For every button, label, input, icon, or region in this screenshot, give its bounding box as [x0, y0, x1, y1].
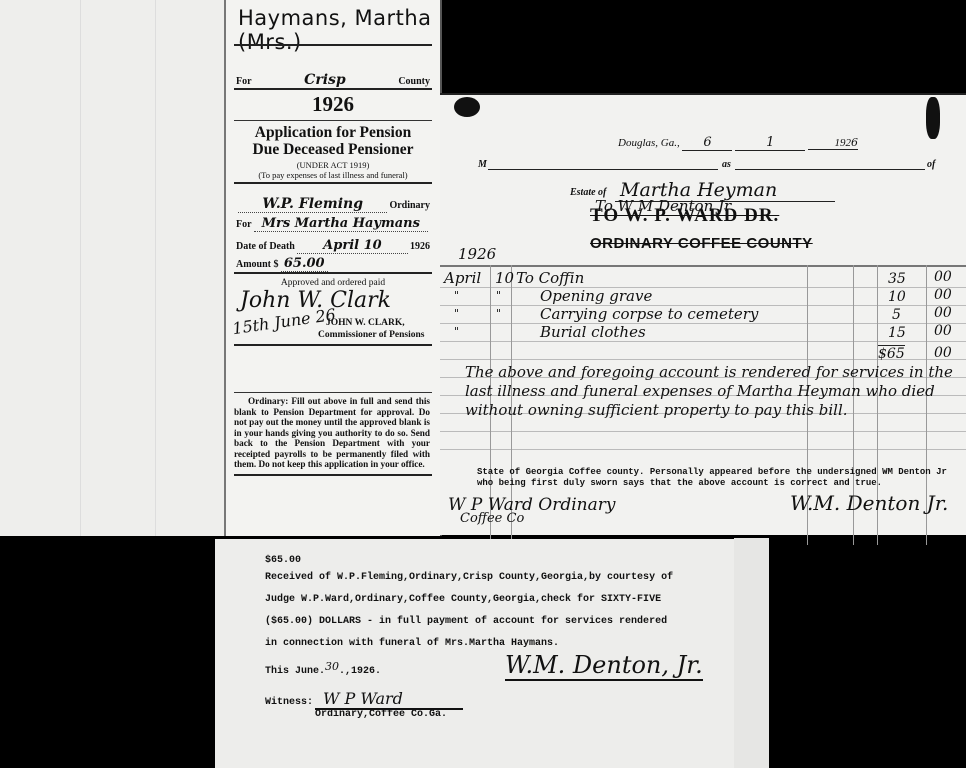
receipt-line-2: Judge W.P.Ward,Ordinary,Coffee County,Ge…	[265, 594, 661, 605]
as-line	[735, 169, 925, 170]
ledger-year: 1926	[458, 245, 496, 263]
amount-row: Amount $ 65.00	[236, 256, 330, 272]
amount-label: Amount $	[236, 259, 279, 270]
date-day: 1	[735, 135, 805, 151]
of-label: of	[927, 159, 935, 170]
divider	[234, 182, 432, 184]
act-label: (UNDER ACT 1919)	[226, 160, 440, 170]
total-dollars: $65	[878, 345, 905, 362]
date-of-death-label: Date of Death	[236, 241, 295, 252]
divider	[234, 120, 432, 121]
as-label: as	[722, 159, 731, 170]
receipt-date-prefix: This June.	[265, 666, 325, 677]
witness-label: Witness:	[265, 697, 313, 708]
item-dollars: 15	[888, 325, 906, 341]
name-line	[488, 169, 718, 170]
item-dollars: 35	[888, 271, 906, 287]
ledger-line	[440, 287, 966, 288]
total-cents: 00	[934, 345, 952, 361]
item-cents: 00	[934, 287, 952, 303]
ledger-line	[440, 449, 966, 450]
m-label: M	[478, 159, 487, 170]
commissioner-name: JOHN W. CLARK,	[326, 318, 405, 328]
date-of-death-row: Date of Death April 10 1926	[236, 238, 430, 254]
ordinary-label: Ordinary	[389, 200, 430, 211]
ledger-table: April 10 To Coffin 35 00 " " Opening gra…	[440, 265, 966, 455]
amount-value: 65.00	[281, 256, 328, 272]
ward-signature-title: Coffee Co	[460, 511, 524, 526]
for-label: For	[236, 76, 252, 87]
pension-application-form: Haymans, Martha (Mrs.) For Crisp County …	[224, 0, 442, 536]
title-line-1: Application for Pension	[226, 124, 440, 141]
divider	[234, 88, 432, 90]
county-row: For Crisp County	[236, 72, 430, 89]
form-title: Application for Pension Due Deceased Pen…	[226, 124, 440, 158]
item-month: "	[454, 289, 459, 302]
item-desc: Opening grave	[540, 287, 652, 305]
divider	[234, 392, 432, 393]
divider	[234, 344, 432, 346]
item-cents: 00	[934, 323, 952, 339]
form-year: 1926	[226, 92, 440, 117]
receipt-amount: $65.00	[265, 555, 301, 566]
applicant-name-header: Haymans, Martha (Mrs.)	[238, 6, 440, 54]
ledger-line	[440, 341, 966, 342]
witness-title: Ordinary,Coffee Co.Ga.	[315, 709, 447, 720]
item-month: "	[454, 325, 459, 338]
bill-date-line: Douglas, Ga., 6 1 1926	[618, 135, 858, 151]
for-person-value: Mrs Martha Haymans	[254, 216, 428, 232]
county-value: Crisp	[254, 72, 397, 89]
item-dollars: 5	[892, 307, 901, 323]
receipt-line-1: Received of W.P.Fleming,Ordinary,Crisp C…	[265, 572, 673, 583]
ordinary-row: W.P. Fleming Ordinary	[236, 196, 430, 213]
county-label: County	[398, 76, 430, 87]
item-desc: Carrying corpse to cemetery	[540, 305, 758, 323]
receipt-date-day: 30	[325, 660, 339, 673]
ordinary-instructions: Ordinary: Fill out above in full and sen…	[234, 396, 430, 470]
date-month: 6	[682, 135, 732, 151]
witness-signature: W P Ward	[315, 689, 463, 710]
ordinary-coffee-county-struck: ORDINARY COFFEE COUNTY	[590, 235, 813, 252]
purpose-label: (To pay expenses of last illness and fun…	[226, 170, 440, 180]
place-label: Douglas, Ga.,	[618, 137, 680, 149]
funeral-account-bill: Douglas, Ga., 6 1 1926 M as of Estate of…	[440, 93, 966, 535]
item-month: "	[454, 307, 459, 320]
receipt-date-suffix: .,1926.	[339, 666, 381, 677]
item-dollars: 10	[888, 289, 906, 305]
item-month: April	[444, 269, 481, 287]
commissioner-title: Commissioner of Pensions	[318, 330, 424, 340]
receipt-line-4: in connection with funeral of Mrs.Martha…	[265, 638, 559, 649]
receipt-date: This June.30.,1926.	[265, 660, 381, 677]
denton-signature: W.M. Denton Jr.	[790, 491, 948, 515]
divider	[234, 272, 432, 274]
for-person-label: For	[236, 219, 252, 230]
to-printed-struck: TO W. P. WARD DR.	[590, 205, 779, 227]
date-of-death-value: April 10	[297, 238, 408, 254]
for-person-row: For Mrs Martha Haymans	[236, 216, 430, 232]
date-year-prefix: 192	[834, 137, 851, 149]
divider	[234, 44, 432, 46]
approved-label: Approved and ordered paid	[226, 278, 440, 288]
item-cents: 00	[934, 269, 952, 285]
item-desc: Burial clothes	[540, 323, 646, 341]
ledger-line	[440, 431, 966, 432]
ordinary-value: W.P. Fleming	[238, 196, 387, 213]
item-day: "	[496, 289, 501, 302]
title-line-2: Due Deceased Pensioner	[226, 141, 440, 158]
fold-crease	[155, 0, 156, 536]
sworn-oath: State of Georgia Coffee county. Personal…	[477, 467, 947, 489]
receipt-signature: W.M. Denton, Jr.	[505, 651, 703, 681]
date-year-suffix: 6	[851, 136, 858, 149]
divider	[234, 474, 432, 476]
ink-blot	[926, 97, 940, 139]
fold-crease	[80, 0, 81, 536]
item-cents: 00	[934, 305, 952, 321]
payment-receipt: $65.00 Received of W.P.Fleming,Ordinary,…	[215, 539, 734, 768]
item-day: "	[496, 307, 501, 320]
account-statement: The above and foregoing account is rende…	[465, 363, 960, 420]
receipt-line-3: ($65.00) DOLLARS - in full payment of ac…	[265, 616, 667, 627]
item-desc: To Coffin	[516, 269, 584, 287]
ink-blot	[454, 97, 480, 117]
blank-back-page	[0, 0, 225, 536]
item-day: 10	[495, 269, 514, 287]
ledger-line	[440, 323, 966, 324]
date-of-death-year: 1926	[410, 241, 430, 252]
paper-edge-strip	[734, 538, 769, 768]
ledger-line	[440, 265, 966, 267]
